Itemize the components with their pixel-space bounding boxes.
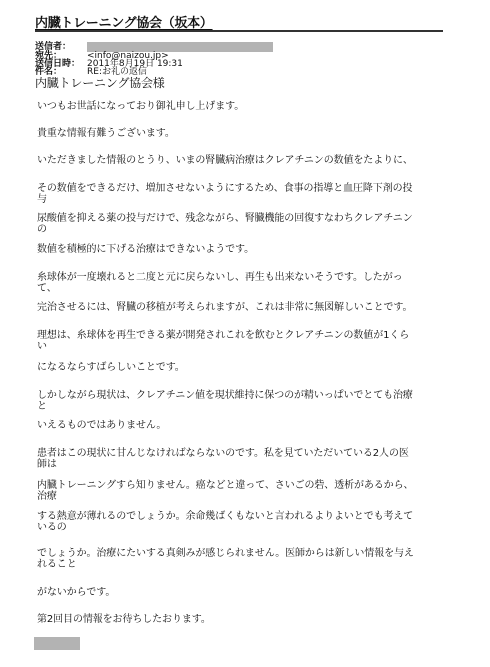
paragraph: いえるものではありません。: [37, 420, 422, 431]
paragraph: 完治させるには、腎臓の移植が考えられますが、これは非常に無図解しいことです。: [37, 302, 422, 313]
paragraph: 第2回目の情報をお待ちしたおります。: [37, 614, 422, 625]
greeting: 内臓トレーニング協会様: [35, 74, 165, 91]
paragraph: いただきました情報のとうり、いまの腎臓病治療はクレアチニンの数値をたよりに、: [37, 155, 422, 166]
paragraph: 数値を積極的に下げる治療はできないようです。: [37, 244, 422, 255]
paragraph: 糸球体が一度壊れると二度と元に戻らないし、再生も出来ないそうです。したがっ て、: [37, 272, 422, 294]
paragraph: しかしながら現状は、クレアチニン値を現状維持に保つのが精いっぱいでとても治療 と: [37, 390, 422, 412]
redacted-signature: [34, 637, 80, 650]
document-title: 内臓トレーニング協会（坂本）: [35, 12, 213, 31]
paragraph: になるならすばらしいことです。: [37, 362, 422, 373]
paragraph: 尿酸値を抑える薬の投与だけで、残念ながら、腎臓機能の回復すなわちクレアチニン の: [37, 213, 422, 235]
paragraph: 患者はこの現状に甘んじなければならないのです。私を見ていただいている2人の医 師…: [37, 448, 422, 470]
paragraph: いつもお世話になっており御礼申し上げます。: [37, 101, 422, 112]
paragraph: 内臓トレーニングすら知りません。癌などと違って、さいごの砦、透析があるから、 治…: [37, 480, 422, 502]
paragraph: その数値をできるだけ、増加させないようにするため、食事の指導と血圧降下剤の投 与: [37, 183, 422, 205]
paragraph: がないからです。: [37, 587, 422, 598]
title-divider: [35, 30, 443, 32]
paragraph: する熱意が薄れるのでしょうか。余命幾ばくもないと言われるよりよいとでも考えて い…: [37, 511, 422, 533]
paragraph: 貴重な情報有難うございます。: [37, 128, 422, 139]
paragraph: 理想は、糸球体を再生できる薬が開発されこれを飲むとクレアチニンの数値が1くら い: [37, 330, 422, 352]
paragraph: でしょうか。治療にたいする真剣みが感じられません。医師からは新しい情報を与え れ…: [37, 548, 422, 570]
